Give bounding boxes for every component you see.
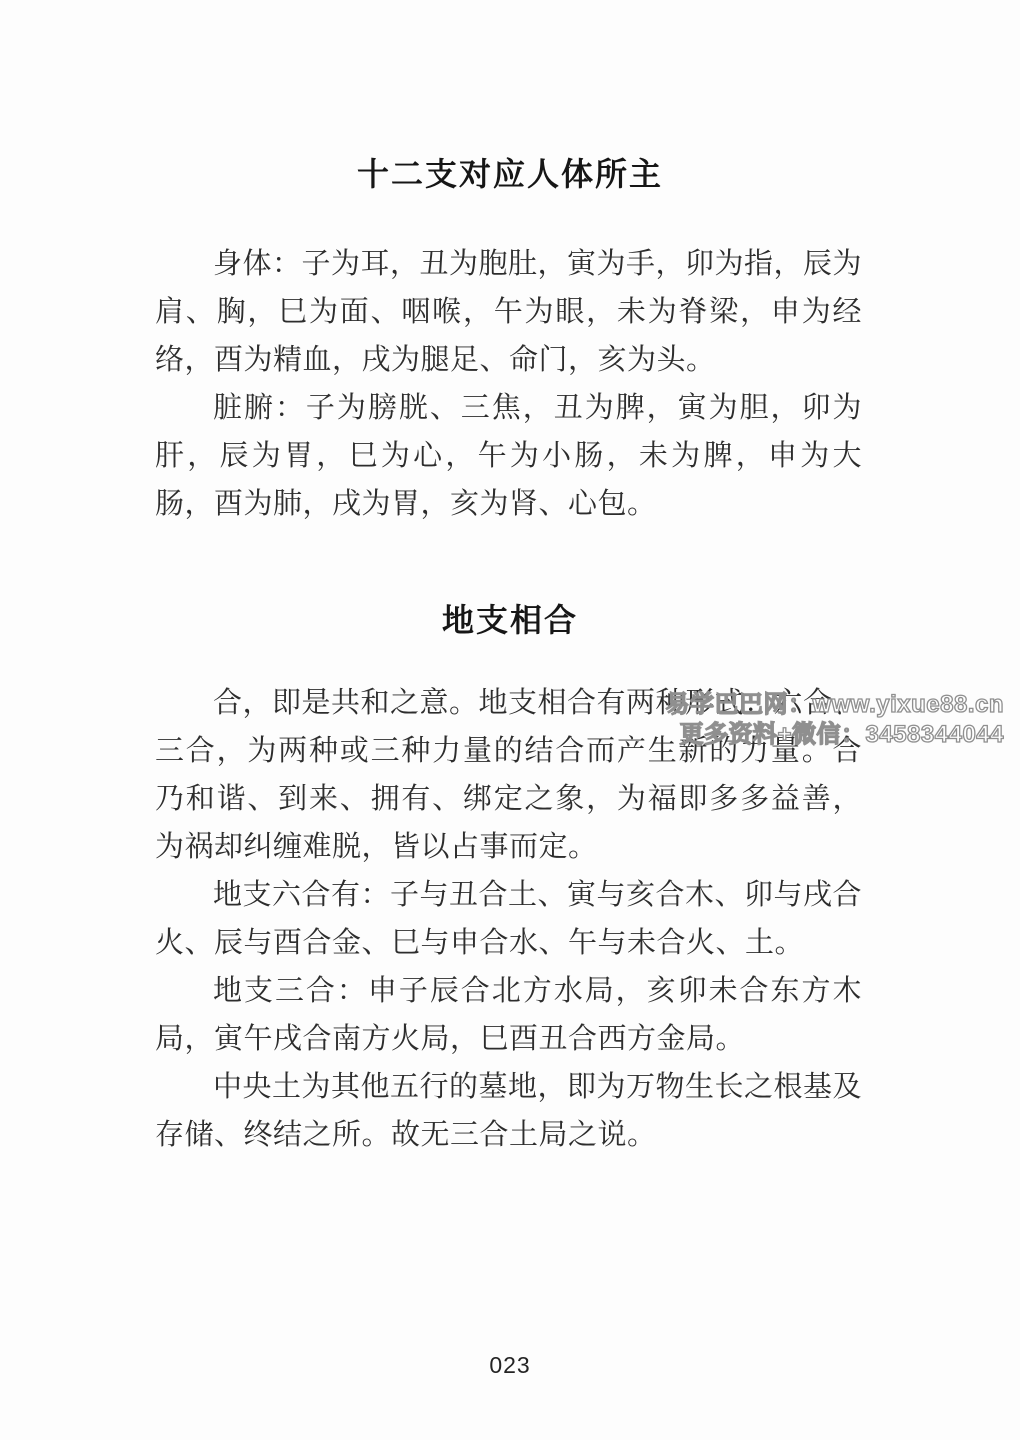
section-body-parts: 身体：子为耳，丑为胞肚，寅为手，卯为指，辰为肩、胸，巳为面、咽喉，午为眼，未为脊… bbox=[155, 240, 862, 528]
page-number: 023 bbox=[0, 1352, 1020, 1379]
paragraph: 地支三合：申子辰合北方水局，亥卯未合东方木局，寅午戌合南方火局，巳酉丑合西方金局… bbox=[155, 967, 862, 1063]
section-title-body-parts: 十二支对应人体所主 bbox=[0, 154, 1020, 194]
section-title-branch-combination: 地支相合 bbox=[0, 600, 1020, 640]
paragraph: 身体：子为耳，丑为胞肚，寅为手，卯为指，辰为肩、胸，巳为面、咽喉，午为眼，未为脊… bbox=[155, 240, 862, 384]
site-watermark: 易学巴巴网：www.yixue88.cn 更多资料+微信：3458344044 bbox=[665, 690, 1004, 750]
section-branch-combination: 合，即是共和之意。地支相合有两种形式：六合、三合，为两种或三种力量的结合而产生新… bbox=[155, 679, 862, 1159]
book-page: 十二支对应人体所主 身体：子为耳，丑为胞肚，寅为手，卯为指，辰为肩、胸，巳为面、… bbox=[0, 0, 1020, 1440]
paragraph: 中央土为其他五行的墓地，即为万物生长之根基及存储、终结之所。故无三合土局之说。 bbox=[155, 1063, 862, 1159]
watermark-contact-line: 更多资料+微信：3458344044 bbox=[665, 720, 1004, 750]
paragraph: 地支六合有：子与丑合土、寅与亥合木、卯与戌合火、辰与酉合金、巳与申合水、午与未合… bbox=[155, 871, 862, 967]
paragraph: 脏腑：子为膀胱、三焦，丑为脾，寅为胆，卯为肝，辰为胃，巳为心，午为小肠，未为脾，… bbox=[155, 384, 862, 528]
watermark-site-line: 易学巴巴网：www.yixue88.cn bbox=[665, 690, 1004, 720]
